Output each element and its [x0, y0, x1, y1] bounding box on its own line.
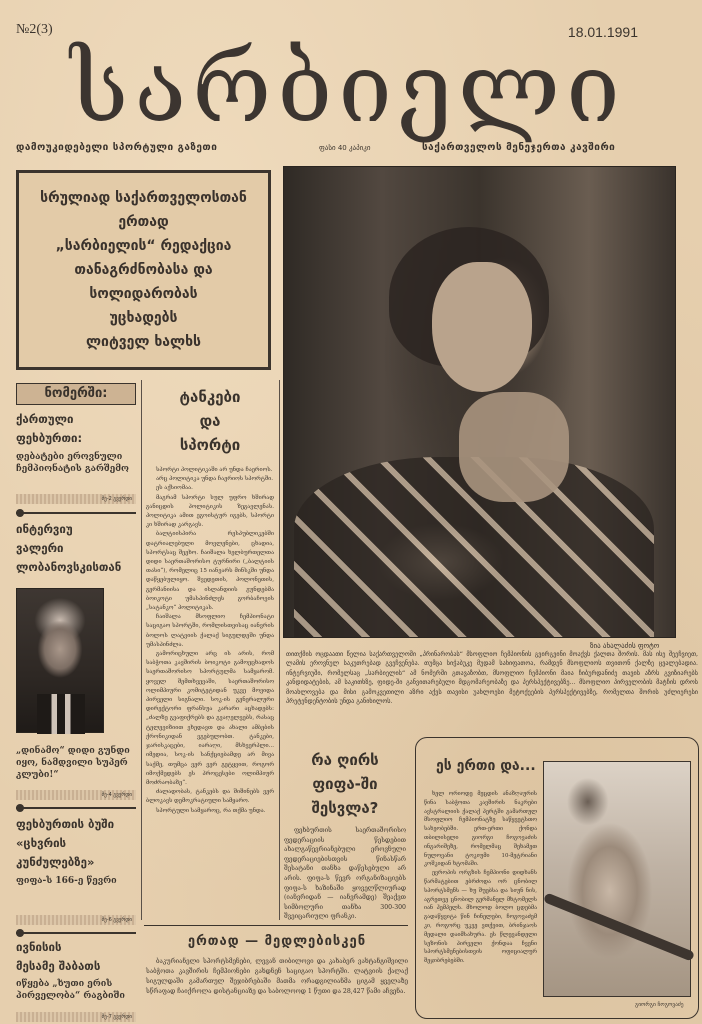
toc-subtitle: „დინამო“ დიდი გუნდი იყო, ნამდვილი სუპერ … [16, 745, 140, 781]
tanks-article-body: სპორტი პოლიტიკაში არ უნდა ჩაერიოს. არც პ… [146, 466, 274, 816]
bobsleigh-article-body: ბაკურიანელი სპორტსმენები, ლევან თიბილოვი… [146, 957, 408, 997]
toc-subtitle: იწყება „ხუთი ერის პირველობა“ რაგბიში [16, 978, 140, 1002]
toc-subtitle: დებატები ეროვნული ჩემპიონატის გარშემო [16, 451, 140, 475]
title-line: ფიფა-ში [284, 772, 406, 796]
diver-photo [543, 761, 691, 997]
solidarity-line: თანაგრძნობასა და [74, 258, 212, 282]
paragraph: ევროპის ორგზის ჩემპიონი დიდხანს წარმატებ… [424, 869, 537, 966]
photo-detail [543, 892, 695, 961]
paragraph: ხელ ორიოდე მეცდის ანაზღაურის წინა საბჭოთ… [424, 790, 537, 869]
toc-heading: ივნისის [16, 938, 140, 957]
tagline-right: საქართველოს მენეჯერთა კავშირი [422, 142, 615, 153]
fifa-article-body: ფეხბურთის საერთაშორისო ფედერაციის წესდებ… [284, 826, 406, 922]
toc-item[interactable]: ქართული ფეხბურთი: დებატები ეროვნული ჩემპ… [16, 410, 140, 475]
paragraph: სპორტული სამყაროც, რა თქმა უნდა. [146, 807, 274, 816]
paragraph: ბალტიისპირა რესპუბლიკებში დატრიალებული მ… [146, 530, 274, 613]
paragraph: ეს აქსიომაა. [146, 484, 274, 493]
title-line: რა ღირს [284, 748, 406, 772]
solidarity-line: „სარბიელის“ რედაქცია [56, 234, 232, 258]
newspaper-title: სარბიელი [28, 38, 668, 138]
toc-page-ref: მე-2 გვერდი [16, 494, 136, 504]
toc-heading: ვალერი [16, 539, 140, 558]
toc-heading: მესამე შაბათს [16, 957, 140, 976]
bobsleigh-article-title: ერთად — მედლებისკენ [146, 934, 408, 949]
title-line: და [146, 409, 274, 433]
toc-item[interactable]: ივნისის მესამე შაბათს იწყება „ხუთი ერის … [16, 938, 140, 1002]
fifa-article-title: რა ღირს ფიფა-ში შესვლა? [284, 748, 406, 820]
diving-article-body: ხელ ორიოდე მეცდის ანაზღაურის წინა საბჭოთ… [424, 790, 537, 966]
toc-divider [16, 512, 136, 514]
toc-heading: კუნძულებზე» [16, 853, 140, 872]
toc-divider [16, 807, 136, 809]
solidarity-line: უცხადებს [110, 306, 178, 330]
price-label: ფასი 40 კაპიკი [319, 144, 370, 152]
solidarity-statement-box: სრულიად საქართველოსთან ერთად „სარბიელის“… [16, 170, 271, 370]
paragraph: არც პოლიტიკა უნდა ჩაერიოს სპორტში. [146, 475, 274, 484]
toc-page-ref: მე-6 გვერდი [16, 915, 136, 925]
toc-heading: ფეხბურთის ბუში [16, 815, 140, 834]
issue-number: №2(3) [16, 22, 53, 38]
title-line: ტანკები [146, 385, 274, 409]
toc-item[interactable]: ფეხბურთის ბუში «ცხვრის კუნძულებზე» ფიფა-… [16, 815, 140, 887]
diver-photo-caption: გიორგი ჩოგოვაძე [635, 1002, 684, 1008]
toc-page-ref: მე-7 გვერდი [16, 1012, 136, 1022]
main-photo-caption: თითქმის ოცდაათი წელია საქართველოში „პრინ… [286, 650, 698, 706]
toc-heading: ფეხბურთი: [16, 429, 140, 448]
solidarity-line: სრულიად საქართველოსთან [40, 186, 247, 210]
toc-divider [16, 932, 136, 934]
toc-page-ref: მე-4 გვერდი [16, 790, 136, 800]
column-divider [279, 380, 280, 920]
toc-item[interactable]: ინტერვიუ ვალერი ლობანოვსკისთან [16, 520, 140, 577]
diving-article-title: ეს ერთი და... [436, 758, 536, 774]
solidarity-line: ლიტველ ხალხს [86, 330, 201, 354]
photo-detail [459, 392, 569, 502]
solidarity-line: ერთად [118, 210, 168, 234]
paragraph: გამორიცხული არც ის არის, რომ საბჭოთა კავ… [146, 650, 274, 788]
paragraph: ძალადობას, ტანკებს და შიშინებს ვერ ბლოკა… [146, 788, 274, 806]
contents-header: ნომერში: [16, 383, 136, 405]
column-divider [141, 380, 142, 920]
solidarity-line: სოლიდარობას [89, 282, 197, 306]
photo-detail [432, 262, 532, 392]
paragraph: მაგრამ სპორტი სულ უფრო ხშირად განიცდის პ… [146, 494, 274, 531]
toc-subtitle: ფიფა-ს 166-ე წევრი [16, 875, 140, 887]
paragraph: სპორტი პოლიტიკაში არ უნდა ჩაერიოს. [146, 466, 274, 475]
main-photo-woman-portrait [283, 166, 676, 638]
portrait-photo-lobanovsky [16, 588, 104, 733]
toc-heading: «ცხვრის [16, 834, 140, 853]
paragraph: ჩაიშალა მსოფლიო ჩემპიონატი საციგაო სპორტ… [146, 613, 274, 650]
toc-heading: ქართული [16, 410, 140, 429]
title-line: შესვლა? [284, 796, 406, 820]
toc-item-subtitle: „დინამო“ დიდი გუნდი იყო, ნამდვილი სუპერ … [16, 745, 140, 781]
main-photo-credit: ზია ახალაძის ფოტო [590, 642, 659, 650]
tagline-left: დამოუკიდებელი სპორტული გაზეთი [16, 142, 217, 153]
tanks-article-title: ტანკები და სპორტი [146, 385, 274, 457]
toc-heading: ინტერვიუ [16, 520, 140, 539]
photo-detail [37, 694, 85, 734]
title-line: სპორტი [146, 433, 274, 457]
section-divider [144, 925, 408, 926]
toc-heading: ლობანოვსკისთან [16, 558, 140, 577]
